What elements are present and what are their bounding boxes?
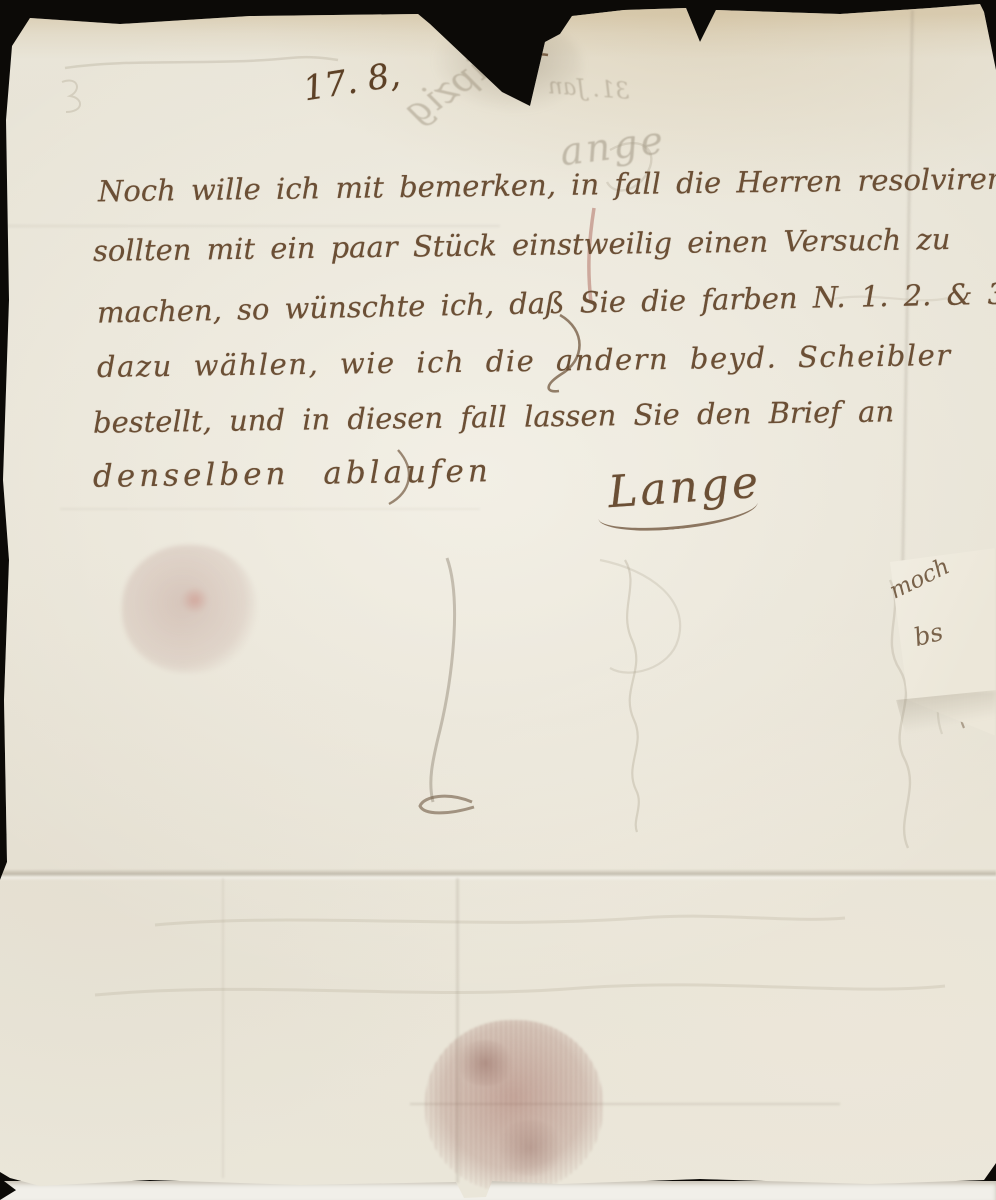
- ghost-center-chain: [625, 560, 639, 832]
- ink-t-stem-stroke: [520, 48, 526, 94]
- ghost-numeral-mark: [62, 81, 80, 112]
- scanner-background-strip: [0, 1181, 996, 1200]
- ink-t-cross-stroke: [505, 54, 548, 78]
- ghost-row-bottom-2: [95, 985, 945, 995]
- letter-line-6: denselben ablaufen: [93, 453, 492, 495]
- scanned-letter-page: 1794 Leipzig 31. Jan ange: [0, 0, 996, 1200]
- ink-c-hook: [420, 796, 474, 813]
- ghost-row-top-left: [65, 57, 338, 68]
- ghost-year-text: 1794: [450, 12, 514, 48]
- letter-sheet: 1794 Leipzig 31. Jan ange: [0, 0, 996, 1200]
- ghost-row-bottom-1: [155, 916, 845, 925]
- ghost-center-swirl: [600, 560, 680, 673]
- ghost-long-stroke: [431, 558, 455, 802]
